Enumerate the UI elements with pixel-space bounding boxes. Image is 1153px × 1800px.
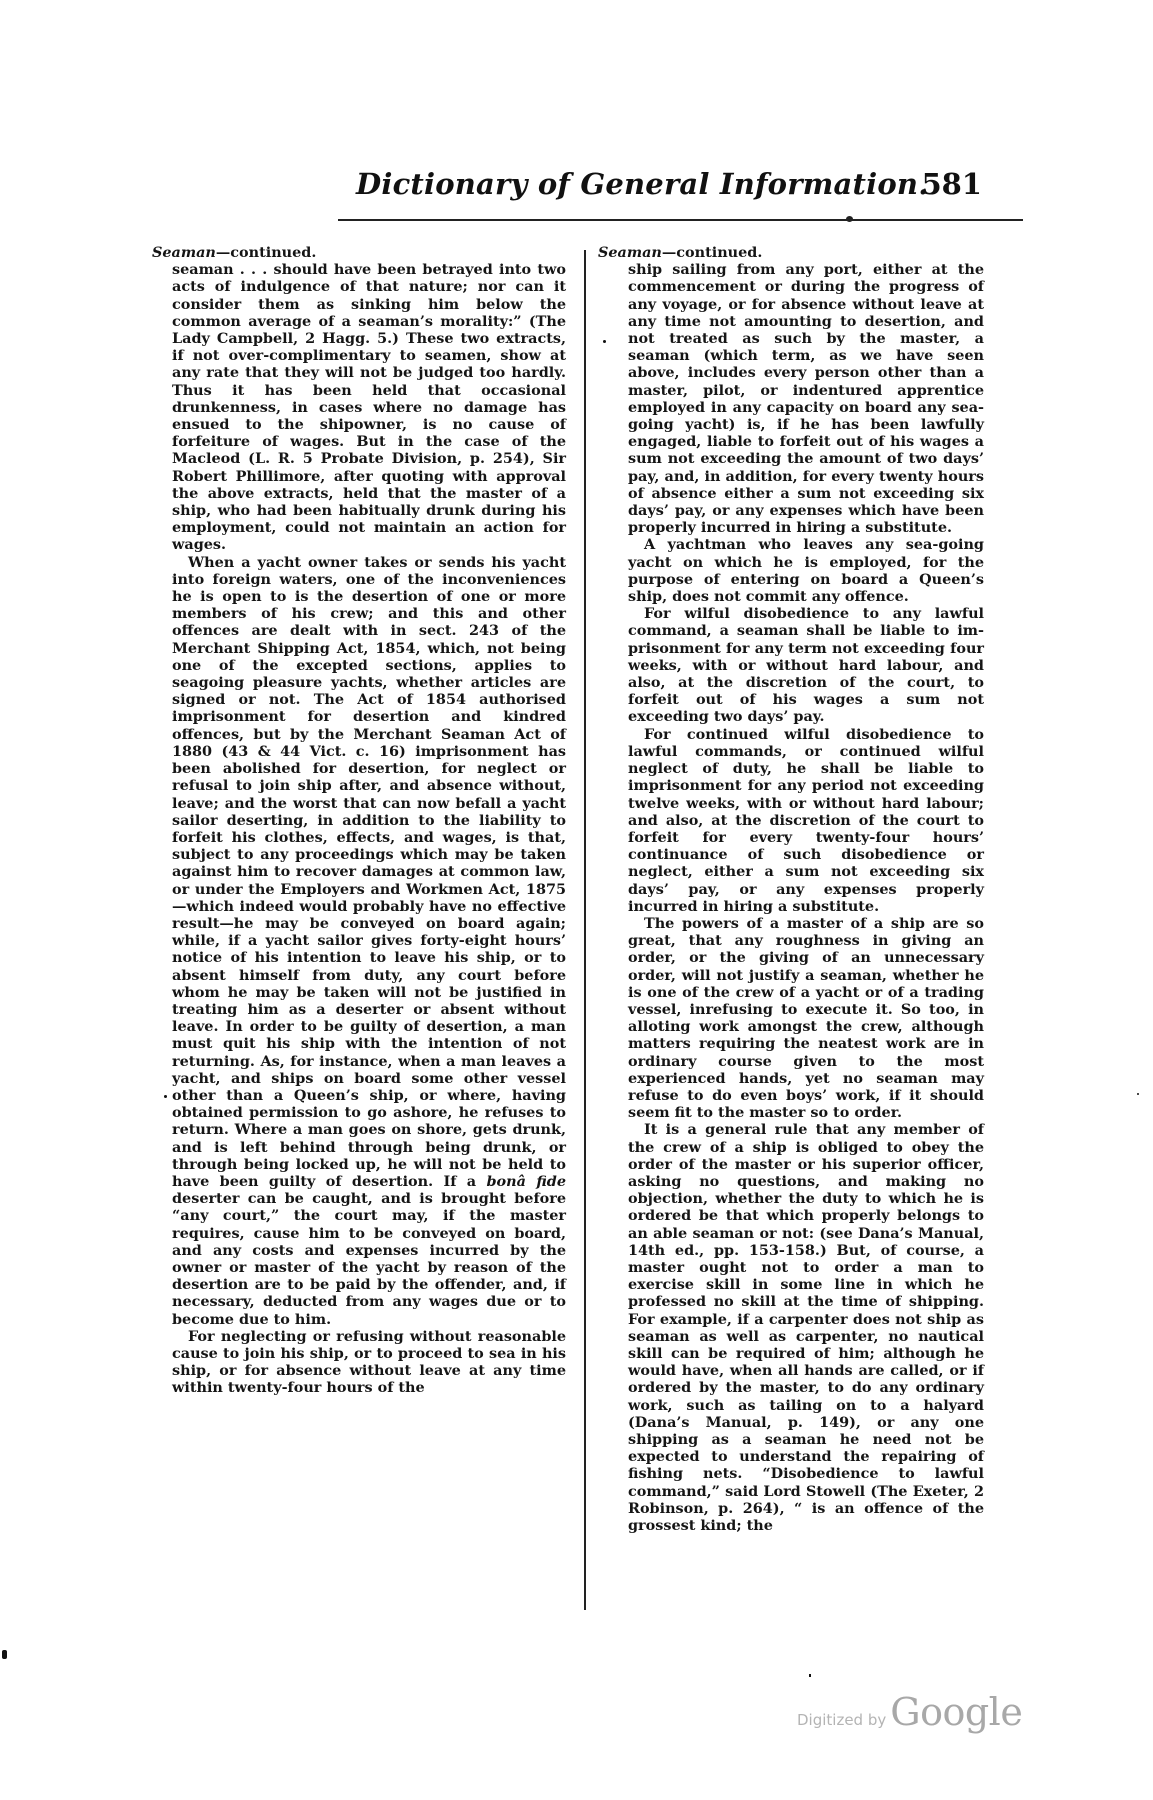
paragraph: A yachtman who leaves any sea-going yach…	[628, 536, 984, 605]
paragraph: It is a general rule that any member of …	[628, 1121, 984, 1534]
paragraph: ship sailing from any port, either at th…	[628, 261, 984, 536]
left-column-heading: Seaman—continued.	[152, 244, 566, 261]
scan-speck	[1137, 1093, 1139, 1095]
right-column-body: ship sailing from any port, either at th…	[598, 261, 984, 1534]
paragraph: For neglecting or refusing without reaso…	[172, 1328, 566, 1397]
scan-speck	[603, 340, 606, 343]
paragraph-text: deserter can be caught, and is brought b…	[172, 1190, 566, 1327]
italic-phrase: bonâ fide	[487, 1173, 567, 1190]
paragraph: The powers of a master of a ship are so …	[628, 915, 984, 1121]
scan-speck	[809, 1674, 811, 1677]
left-column-body: seaman . . . should have been betrayed i…	[152, 261, 566, 1396]
right-column: Seaman—continued. ship sailing from any …	[598, 244, 984, 1534]
page-title: Dictionary of General Information.	[356, 167, 928, 201]
entry-continued-label: —continued.	[216, 244, 316, 261]
page-number: 581	[921, 167, 982, 201]
scan-speck	[164, 1095, 167, 1098]
watermark-prefix: Digitized by	[797, 1711, 886, 1729]
entry-continued-label: —continued.	[662, 244, 762, 261]
paragraph: seaman . . . should have been betrayed i…	[172, 261, 566, 553]
column-divider	[584, 250, 586, 1610]
paragraph-text: When a yacht owner takes or sends his ya…	[172, 554, 566, 1190]
header-rule-divider	[338, 219, 1023, 221]
left-column: Seaman—continued. seaman . . . should ha…	[152, 244, 566, 1397]
header-rule-dot	[846, 216, 853, 222]
paragraph: For wilful disobedience to any lawful co…	[628, 605, 984, 725]
scan-speck	[2, 1650, 7, 1659]
google-logo: Google	[890, 1690, 1022, 1734]
right-column-heading: Seaman—continued.	[598, 244, 984, 261]
running-header: Dictionary of General Information. 581	[348, 163, 988, 207]
paragraph: When a yacht owner takes or sends his ya…	[172, 554, 566, 1328]
entry-term: Seaman	[598, 244, 662, 261]
digitized-by-google-watermark: Digitized by Google	[797, 1690, 1022, 1734]
paragraph: For continued wilful disobedience to law…	[628, 726, 984, 915]
entry-term: Seaman	[152, 244, 216, 261]
